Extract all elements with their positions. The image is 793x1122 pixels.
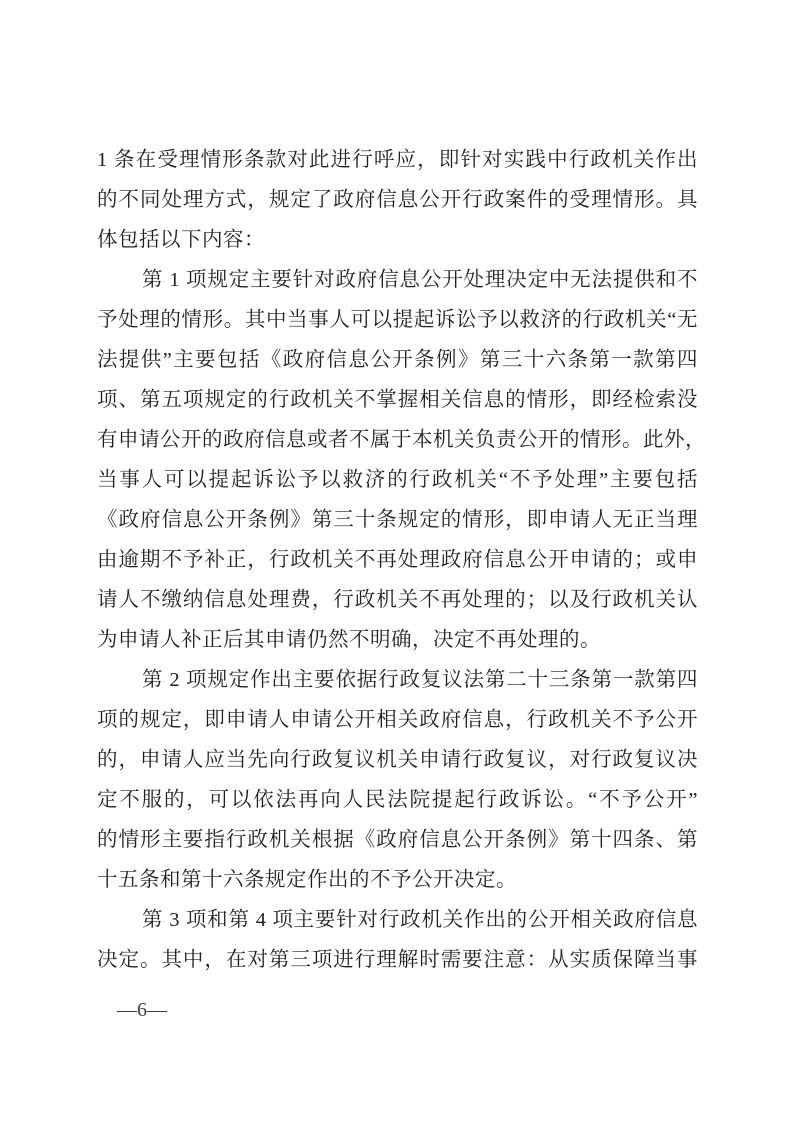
text-line: 法提供”主要包括《政府信息公开条例》第三十六条第一款第四 xyxy=(97,340,698,380)
text-line: 1 条在受理情形条款对此进行呼应，即针对实践中行政机关作出 xyxy=(97,140,698,180)
text-line: 第 1 项规定主要针对政府信息公开处理决定中无法提供和不 xyxy=(97,260,698,300)
paragraph: 第 3 项和第 4 项主要针对行政机关作出的公开相关政府信息决定。其中，在对第三… xyxy=(97,900,698,980)
text-line: 第 3 项和第 4 项主要针对行政机关作出的公开相关政府信息 xyxy=(97,900,698,940)
text-line: 的不同处理方式，规定了政府信息公开行政案件的受理情形。具 xyxy=(97,180,698,220)
text-line: 有申请公开的政府信息或者不属于本机关负责公开的情形。此外， xyxy=(97,420,698,460)
text-line: 为申请人补正后其申请仍然不明确，决定不再处理的。 xyxy=(97,620,698,660)
text-line: 项、第五项规定的行政机关不掌握相关信息的情形，即经检索没 xyxy=(97,380,698,420)
text-line: 请人不缴纳信息处理费，行政机关不再处理的；以及行政机关认 xyxy=(97,580,698,620)
text-line: 第 2 项规定作出主要依据行政复议法第二十三条第一款第四 xyxy=(97,660,698,700)
text-line: 的情形主要指行政机关根据《政府信息公开条例》第十四条、第 xyxy=(97,820,698,860)
paragraph: 第 1 项规定主要针对政府信息公开处理决定中无法提供和不予处理的情形。其中当事人… xyxy=(97,260,698,660)
text-line: 的，申请人应当先向行政复议机关申请行政复议，对行政复议决 xyxy=(97,740,698,780)
paragraph: 1 条在受理情形条款对此进行呼应，即针对实践中行政机关作出的不同处理方式，规定了… xyxy=(97,140,698,260)
text-line: 《政府信息公开条例》第三十条规定的情形，即申请人无正当理 xyxy=(97,500,698,540)
text-line: 十五条和第十六条规定作出的不予公开决定。 xyxy=(97,860,698,900)
text-line: 决定。其中，在对第三项进行理解时需要注意：从实质保障当事 xyxy=(97,940,698,980)
document-body: 1 条在受理情形条款对此进行呼应，即针对实践中行政机关作出的不同处理方式，规定了… xyxy=(97,140,698,980)
text-line: 体包括以下内容： xyxy=(97,220,698,260)
text-line: 由逾期不予补正，行政机关不再处理政府信息公开申请的；或申 xyxy=(97,540,698,580)
page-number: —6— xyxy=(117,998,167,1022)
text-line: 当事人可以提起诉讼予以救济的行政机关“不予处理”主要包括 xyxy=(97,460,698,500)
text-line: 项的规定，即申请人申请公开相关政府信息，行政机关不予公开 xyxy=(97,700,698,740)
paragraph: 第 2 项规定作出主要依据行政复议法第二十三条第一款第四项的规定，即申请人申请公… xyxy=(97,660,698,900)
text-line: 予处理的情形。其中当事人可以提起诉讼予以救济的行政机关“无 xyxy=(97,300,698,340)
text-line: 定不服的，可以依法再向人民法院提起行政诉讼。“不予公开” xyxy=(97,780,698,820)
document-page: 1 条在受理情形条款对此进行呼应，即针对实践中行政机关作出的不同处理方式，规定了… xyxy=(0,0,793,1122)
